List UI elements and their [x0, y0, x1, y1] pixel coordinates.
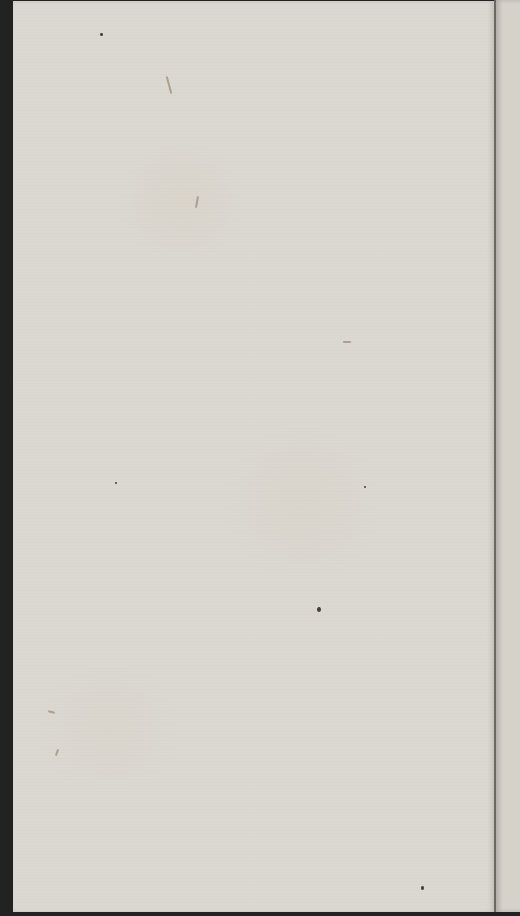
paper-speck [317, 607, 321, 612]
paper-speck [115, 482, 117, 484]
adjacent-page-edge [494, 0, 520, 912]
paper-fiber [166, 76, 173, 94]
blank-page [13, 1, 494, 912]
paper-fiber [343, 341, 351, 343]
paper-fiber [195, 196, 199, 208]
paper-fiber [48, 710, 55, 714]
paper-speck [100, 33, 103, 36]
scanned-spread [0, 0, 520, 916]
paper-fiber [55, 749, 59, 756]
paper-speck [421, 886, 424, 890]
paper-speck [364, 486, 366, 488]
